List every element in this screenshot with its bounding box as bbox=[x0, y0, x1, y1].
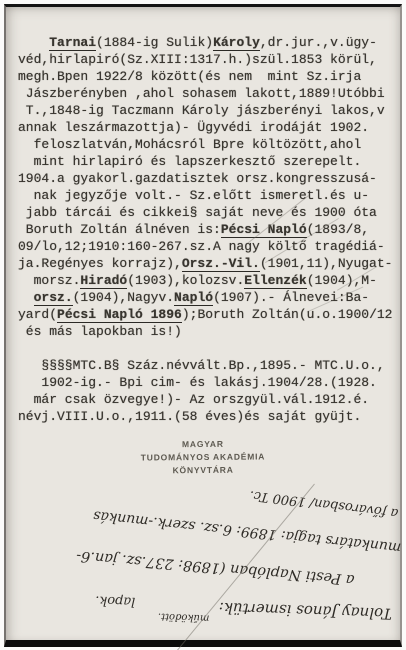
typed-line: ja.Regényes korrajz),Orsz.-Vil.(1901,11)… bbox=[18, 255, 396, 272]
underlined-title: Pécsi Napló 1896 bbox=[57, 307, 182, 323]
scanned-archive-photo: Tarnai(1884-ig Sulik)Károly,dr.jur.,v.üg… bbox=[0, 0, 406, 650]
typed-line: morsz.Hiradó(1903),kolozsv.Ellenzék(1904… bbox=[18, 272, 396, 289]
handwritten-note-pesti-naplo: a Pesti Naplóban (1898: 237.sz. jan.6- bbox=[20, 542, 355, 587]
typed-line: T.,1848-ig Taczmann Károly jászberényi l… bbox=[18, 102, 396, 119]
typed-text-block: Tarnai(1884-ig Sulik)Károly,dr.jur.,v.üg… bbox=[18, 34, 396, 425]
typed-paragraph-biography: Tarnai(1884-ig Sulik)Károly,dr.jur.,v.üg… bbox=[18, 34, 396, 340]
underlined-title: Orsz.-Vil. bbox=[182, 256, 260, 272]
library-stamp: MAGYAR TUDOMÁNYOS AKADÉMIA KÖNYVTÁRA bbox=[6, 436, 400, 478]
underlined-title: Hiradó bbox=[80, 273, 127, 289]
typed-line: feloszlatván,Mohácsról Bpre költözött,ah… bbox=[18, 136, 396, 153]
handwritten-bottom-small: működött. bbox=[158, 611, 210, 624]
archive-card: Tarnai(1884-ig Sulik)Károly,dr.jur.,v.üg… bbox=[4, 4, 402, 647]
stamp-line-3: KÖNYVTÁRA bbox=[6, 462, 400, 478]
typed-line: nak jegyzője volt.- Sz.előtt ismeretl.és… bbox=[18, 187, 396, 204]
handwritten-note-year: a fővárosban/ 1900 Tc. bbox=[194, 481, 399, 521]
handwritten-bottom-end: lapok. bbox=[95, 592, 136, 608]
typed-line: mint hirlapiró és lapszerkesztő szerepel… bbox=[18, 153, 396, 170]
typed-line: megh.Bpen 1922/8 között(és nem mint Sz.i… bbox=[18, 68, 396, 85]
underlined-title: Ellenzék bbox=[244, 273, 306, 289]
typed-line: Jászberényben ,ahol sohasem lakott,1889!… bbox=[18, 85, 396, 102]
typed-line: véd,hirlapiró(Sz.XIII:1317.h.)szül.1853 … bbox=[18, 51, 396, 68]
typed-line: Tarnai(1884-ig Sulik)Károly,dr.jur.,v.üg… bbox=[18, 34, 396, 51]
underlined-title: Tarnai bbox=[49, 35, 96, 51]
underlined-title: orsz. bbox=[34, 290, 73, 306]
handwritten-note-bottom: Tolnay János ismertük: működött. lapok. bbox=[58, 593, 392, 623]
typed-line: Boruth Zoltán álnéven is:Pécsi Napló(189… bbox=[18, 221, 396, 238]
typed-line: és más lapokban is!) bbox=[18, 323, 396, 340]
typed-line: már csak özvegye!)- Az orszgyül.vál.1912… bbox=[18, 391, 396, 408]
typed-paragraph-sources: §§§§MTC.B§ Száz.névvált.Bp.,1895.- MTC.U… bbox=[18, 357, 396, 425]
typed-line: 1902-ig.- Bpi cim- és lakásj.1904/28.(19… bbox=[18, 374, 396, 391]
typed-line: §§§§MTC.B§ Száz.névvált.Bp.,1895.- MTC.U… bbox=[18, 357, 396, 374]
typed-line: yard(Pécsi Napló 1896);Boruth Zoltán(u.o… bbox=[18, 306, 396, 323]
typed-line: 1904.a gyakorl.gazdatisztek orsz.kongres… bbox=[18, 170, 396, 187]
typed-line: névj.VIII.U.o.,1911.(58 éves)és saját gy… bbox=[18, 408, 396, 425]
handwritten-bottom-main: Tolnay János ismertük: bbox=[218, 599, 392, 623]
underlined-title: Napló bbox=[174, 290, 213, 306]
typed-line: annak leszármazottja)- Ügyvédi irodáját … bbox=[18, 119, 396, 136]
typed-line: 09/lo,12;1910:160-267.sz.A nagy költő tr… bbox=[18, 238, 396, 255]
underlined-title: Károly bbox=[213, 35, 260, 51]
